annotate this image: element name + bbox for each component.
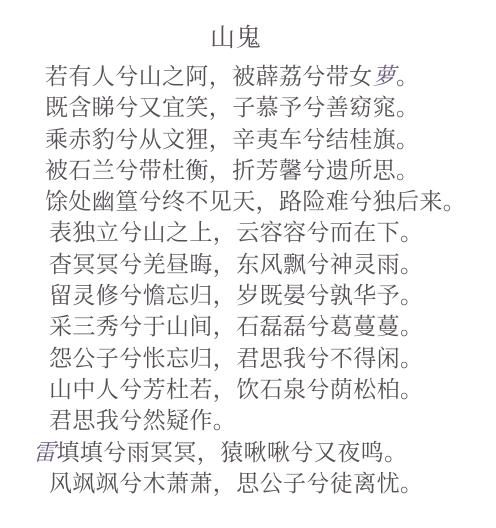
poem-line-7: 杳冥冥兮羌昼晦，东风飘兮神灵雨。	[45, 250, 466, 281]
poem-title: 山鬼	[0, 18, 472, 54]
line-text: 填填兮雨冥冥，猿啾啾兮又夜鸣。	[56, 440, 407, 466]
poem-line-10: 怨公子兮怅忘归，君思我兮不得闲。	[45, 344, 466, 375]
poem-line-4: 被石兰兮带杜衡，折芳馨兮遗所思。	[45, 156, 466, 187]
poem-line-9: 采三秀兮于山间，石磊磊兮葛蔓蔓。	[45, 312, 466, 343]
poem-line-11: 山中人兮芳杜若，饮石泉兮荫松柏。	[45, 375, 466, 406]
handwritten-correction: 萝	[373, 64, 396, 90]
handwritten-correction: 雷	[33, 440, 56, 466]
line-end-punct: 。	[396, 64, 419, 90]
poem-line-5: 馀处幽篁兮终不见天，路险难兮独后来。	[45, 187, 466, 218]
poem-line-1: 若有人兮山之阿，被薜荔兮带女萝。	[45, 62, 466, 93]
poem-line-13: 雷填填兮雨冥冥，猿啾啾兮又夜鸣。	[33, 438, 466, 469]
poem-line-8: 留灵修兮憺忘归，岁既晏兮孰华予。	[45, 281, 466, 312]
poem-line-14: 风飒飒兮木萧萧，思公子兮徒离忧。	[45, 469, 466, 500]
poem-line-6: 表独立兮山之上，云容容兮而在下。	[45, 218, 466, 249]
poem-line-12: 君思我兮然疑作。	[45, 406, 466, 437]
poem-line-3: 乘赤豹兮从文狸，辛夷车兮结桂旗。	[45, 125, 466, 156]
poem-line-2: 既含睇兮又宜笑，子慕予兮善窈窕。	[45, 93, 466, 124]
poem-body: 若有人兮山之阿，被薜荔兮带女萝。 既含睇兮又宜笑，子慕予兮善窈窕。 乘赤豹兮从文…	[45, 62, 466, 500]
line-text: 若有人兮山之阿，被薜荔兮带女	[45, 64, 373, 90]
